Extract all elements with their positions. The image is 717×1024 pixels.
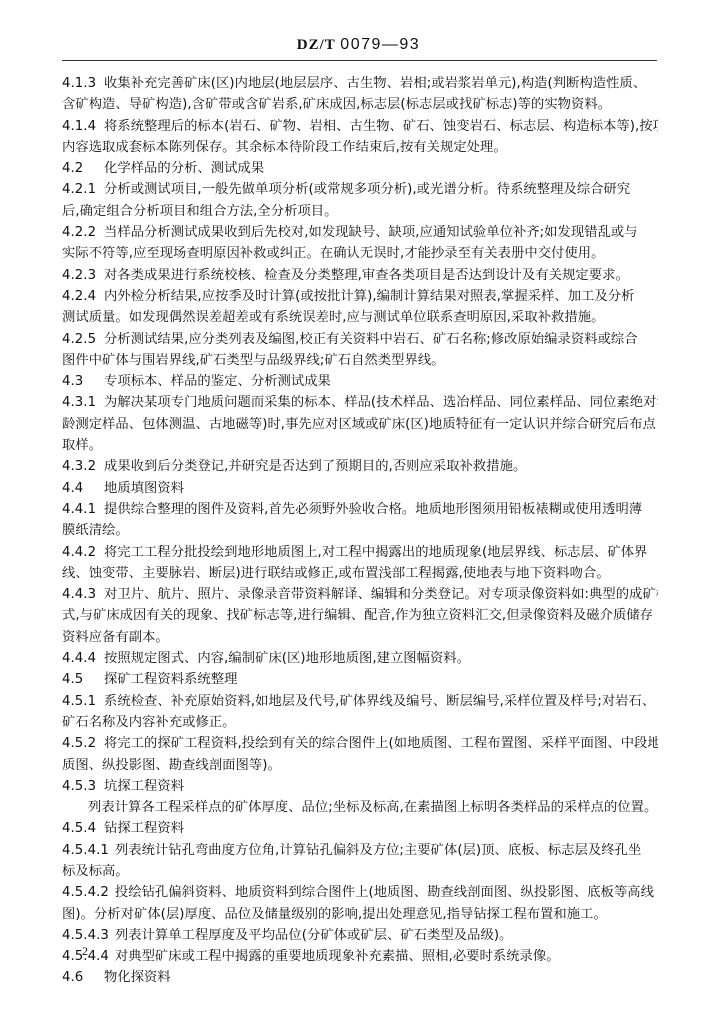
line-text: 地质填图资料 [104,481,184,496]
clause-line: 4.5.3坑探工程资料 [62,776,658,797]
line-text: 系统检查、补充原始资料,如地层及代号,矿体界线及编号、断层编号,采样位置及样号;… [104,694,655,709]
clause-number: 4.2.4 [62,286,98,307]
line-text: 图)。分析对矿体(层)厚度、品位及储量级别的影响,提出处理意见,指导钻探工程布置… [62,907,607,922]
clause-line: 4.6物化探资料 [62,967,658,988]
line-text: 资料应备有副本。 [62,630,169,645]
clause-number: 4.4.3 [62,584,98,605]
clause-number: 4.5.1 [62,691,98,712]
clause-line: 4.5.4钻探工程资料 [62,818,658,839]
line-text: 当样品分析测试成果收到后先校对,如发现缺号、缺项,应通知试验单位补齐;如发现错乱… [104,225,638,240]
line-text: 质图、纵投影图、勘查线剖面图等)。 [62,758,281,773]
text-line: 式,与矿床成因有关的现象、找矿标志等,进行编辑、配音,作为独立资料汇交,但录像资… [62,605,658,626]
clause-number: 4.1.4 [62,116,98,137]
line-text: 后,确定组合分析项目和组合方法,全分析项目。 [62,204,338,219]
text-line: 龄测定样品、包体测温、古地磁等)时,事先应对区域或矿床(区)地质特征有一定认识并… [62,414,658,435]
clause-line: 4.2.3对各类成果进行系统校核、检查及分类整理,审查各类项目是否达到设计及有关… [62,265,658,286]
clause-line: 4.5.4.2投绘钻孔偏斜资料、地质资料到综合图件上(地质图、勘查线剖面图、纵投… [62,882,658,903]
clause-number: 4.2.2 [62,222,98,243]
text-line: 图)。分析对矿体(层)厚度、品位及储量级别的影响,提出处理意见,指导钻探工程布置… [62,904,658,925]
line-text: 探矿工程资料系统整理 [104,672,237,687]
clause-line: 4.2.5分析测试结果,应分类列表及编图,校正有关资料中岩石、矿石名称;修改原始… [62,329,658,350]
text-line: 测试质量。如发现偶然误差超差或有系统误差时,应与测试单位联系查明原因,采取补救措… [62,307,658,328]
standard-prefix: DZ/T [297,37,336,53]
text-line: 资料应备有副本。 [62,627,658,648]
line-text: 取样。 [62,438,102,453]
line-text: 将系统整理后的标本(岩石、矿物、岩相、古生物、矿石、蚀变岩石、标志层、构造标本等… [104,119,658,134]
header-rule [62,60,657,61]
clause-number: 4.2.5 [62,329,98,350]
line-text: 对各类成果进行系统校核、检查及分类整理,审查各类项目是否达到设计及有关规定要求。 [104,268,629,283]
line-text: 实际不符等,应至现场查明原因补救或纠正。在确认无误时,才能抄录至有关表册中交付使… [62,246,604,261]
line-text: 坑探工程资料 [104,779,184,794]
clause-number: 4.5.4.1 [62,840,109,861]
line-text: 内容选取成套标本陈列保存。其余标本待阶段工作结束后,按有关规定处理。 [62,140,507,155]
clause-number: 4.3.2 [62,456,98,477]
text-line: 含矿构造、导矿构造),含矿带或含矿岩系,矿床成因,标志层(标志层或找矿标志)等的… [62,94,658,115]
line-text: 物化探资料 [104,970,171,985]
line-text: 分析或测试项目,一般先做单项分析(或常规多项分析),或光谱分析。待系统整理及综合… [104,182,630,197]
line-text: 分析测试结果,应分类列表及编图,校正有关资料中岩石、矿石名称;修改原始编录资料或… [104,332,638,347]
clause-number: 4.5.2 [62,733,98,754]
clause-number: 4.2.3 [62,265,98,286]
line-text: 收集补充完善矿床(区)内地层(地层层序、古生物、岩相;或岩浆岩单元),构造(判断… [104,76,646,91]
clause-line: 4.4.4按照规定图式、内容,编制矿床(区)地形地质图,建立图幅资料。 [62,648,658,669]
clause-line: 4.5.1系统检查、补充原始资料,如地层及代号,矿体界线及编号、断层编号,采样位… [62,691,658,712]
text-line: 列表计算各工程采样点的矿体厚度、品位;坐标及标高,在素描图上标明各类样品的采样点… [62,797,658,818]
line-text: 专项标本、样品的鉴定、分析测试成果 [104,374,331,389]
clause-number: 4.2.1 [62,179,98,200]
line-text: 对典型矿床或工程中揭露的重要地质现象补充素描、照相,必要时系统录像。 [115,949,560,964]
clause-number: 4.5 [62,669,98,690]
clause-number: 4.4 [62,478,98,499]
text-line: 取样。 [62,435,658,456]
line-text: 将完工的探矿工程资料,投绘到有关的综合图件上(如地质图、工程布置图、采样平面图、… [104,736,658,751]
clause-number: 4.4.4 [62,648,98,669]
line-text: 膜纸清绘。 [62,523,129,538]
line-text: 钻探工程资料 [104,821,184,836]
clause-line: 4.4.3对卫片、航片、照片、录像录音带资料解译、编辑和分类登记。对专项录像资料… [62,584,658,605]
clause-number: 4.3 [62,371,98,392]
line-text: 对卫片、航片、照片、录像录音带资料解译、编辑和分类登记。对专项录像资料如:典型的… [104,587,658,602]
text-line: 质图、纵投影图、勘查线剖面图等)。 [62,755,658,776]
clause-line: 4.5.2将完工的探矿工程资料,投绘到有关的综合图件上(如地质图、工程布置图、采… [62,733,658,754]
clause-number: 4.4.1 [62,499,98,520]
clause-line: 4.4.2将完工工程分批投绘到地形地质图上,对工程中揭露出的地质现象(地层界线、… [62,542,658,563]
clause-number: 4.3.1 [62,392,98,413]
clause-line: 4.4.1提供综合整理的图件及资料,首先必须野外验收合格。地质地形图须用铅板裱糊… [62,499,658,520]
clause-line: 4.3专项标本、样品的鉴定、分析测试成果 [62,371,658,392]
clause-number: 4.2 [62,158,98,179]
line-text: 化学样品的分析、测试成果 [104,161,264,176]
text-line: 标及标高。 [62,861,658,882]
clause-line: 4.2化学样品的分析、测试成果 [62,158,658,179]
document-body: 4.1.3收集补充完善矿床(区)内地层(地层层序、古生物、岩相;或岩浆岩单元),… [62,73,658,989]
page-number: 2 [82,944,88,959]
clause-line: 4.3.1为解决某项专门地质问题而采集的标本、样品(技术样品、选冶样品、同位素样… [62,392,658,413]
line-text: 测试质量。如发现偶然误差超差或有系统误差时,应与测试单位联系查明原因,采取补救措… [62,310,604,325]
line-text: 含矿构造、导矿构造),含矿带或含矿岩系,矿床成因,标志层(标志层或找矿标志)等的… [62,97,611,112]
text-line: 线、蚀变带、主要脉岩、断层)进行联结或修正,或布置浅部工程揭露,使地表与地下资料… [62,563,658,584]
line-text: 图件中矿体与围岩界线,矿石类型与品级界线;矿石自然类型界线。 [62,353,445,368]
line-text: 矿石名称及内容补充或修正。 [62,715,236,730]
clause-line: 4.5.4.3列表计算单工程厚度及平均品位(分矿体或矿层、矿石类型及品级)。 [62,925,658,946]
text-line: 膜纸清绘。 [62,520,658,541]
line-text: 内外检分析结果,应按季及时计算(或按批计算),编制计算结果对照表,掌握采样、加工… [104,289,635,304]
clause-number: 4.1.3 [62,73,98,94]
clause-line: 4.5探矿工程资料系统整理 [62,669,658,690]
text-line: 内容选取成套标本陈列保存。其余标本待阶段工作结束后,按有关规定处理。 [62,137,658,158]
clause-number: 4.5.4.2 [62,882,109,903]
line-text: 列表计算各工程采样点的矿体厚度、品位;坐标及标高,在素描图上标明各类样品的采样点… [88,800,657,815]
text-line: 矿石名称及内容补充或修正。 [62,712,658,733]
line-text: 线、蚀变带、主要脉岩、断层)进行联结或修正,或布置浅部工程揭露,使地表与地下资料… [62,566,610,581]
line-text: 标及标高。 [62,864,129,879]
line-text: 式,与矿床成因有关的现象、找矿标志等,进行编辑、配音,作为独立资料汇交,但录像资… [62,608,653,623]
clause-number: 4.5.3 [62,776,98,797]
clause-line: 4.1.4将系统整理后的标本(岩石、矿物、岩相、古生物、矿石、蚀变岩石、标志层、… [62,116,658,137]
clause-number: 4.4.2 [62,542,98,563]
document-header: DZ/T 0079—93 [0,36,717,54]
clause-line: 4.2.4内外检分析结果,应按季及时计算(或按批计算),编制计算结果对照表,掌握… [62,286,658,307]
line-text: 为解决某项专门地质问题而采集的标本、样品(技术样品、选冶样品、同位素样品、同位素… [104,395,658,410]
line-text: 成果收到后分类登记,并研究是否达到了预期目的,否则应采取补救措施。 [104,459,526,474]
clause-line: 4.5.4.4对典型矿床或工程中揭露的重要地质现象补充素描、照相,必要时系统录像… [62,946,658,967]
text-line: 后,确定组合分析项目和组合方法,全分析项目。 [62,201,658,222]
clause-line: 4.2.2当样品分析测试成果收到后先校对,如发现缺号、缺项,应通知试验单位补齐;… [62,222,658,243]
line-text: 提供综合整理的图件及资料,首先必须野外验收合格。地质地形图须用铅板裱糊或使用透明… [104,502,642,517]
standard-number: 0079—93 [340,36,420,53]
clause-number: 4.5.4 [62,818,98,839]
line-text: 列表统计钻孔弯曲度方位角,计算钻孔偏斜及方位;主要矿体(层)顶、底板、标志层及终… [115,843,641,858]
clause-number: 4.6 [62,967,98,988]
clause-line: 4.2.1分析或测试项目,一般先做单项分析(或常规多项分析),或光谱分析。待系统… [62,179,658,200]
text-line: 图件中矿体与围岩界线,矿石类型与品级界线;矿石自然类型界线。 [62,350,658,371]
clause-line: 4.4地质填图资料 [62,478,658,499]
line-text: 按照规定图式、内容,编制矿床(区)地形地质图,建立图幅资料。 [104,651,470,666]
line-text: 将完工工程分批投绘到地形地质图上,对工程中揭露出的地质现象(地层界线、标志层、矿… [104,545,647,560]
clause-number: 4.5.4.3 [62,925,109,946]
clause-line: 4.5.4.1列表统计钻孔弯曲度方位角,计算钻孔偏斜及方位;主要矿体(层)顶、底… [62,840,658,861]
line-text: 列表计算单工程厚度及平均品位(分矿体或矿层、矿石类型及品级)。 [115,928,513,943]
line-text: 龄测定样品、包体测温、古地磁等)时,事先应对区域或矿床(区)地质特征有一定认识并… [62,417,656,432]
line-text: 投绘钻孔偏斜资料、地质资料到综合图件上(地质图、勘查线剖面图、纵投影图、底板等高… [115,885,654,900]
clause-line: 4.1.3收集补充完善矿床(区)内地层(地层层序、古生物、岩相;或岩浆岩单元),… [62,73,658,94]
clause-line: 4.3.2成果收到后分类登记,并研究是否达到了预期目的,否则应采取补救措施。 [62,456,658,477]
text-line: 实际不符等,应至现场查明原因补救或纠正。在确认无误时,才能抄录至有关表册中交付使… [62,243,658,264]
